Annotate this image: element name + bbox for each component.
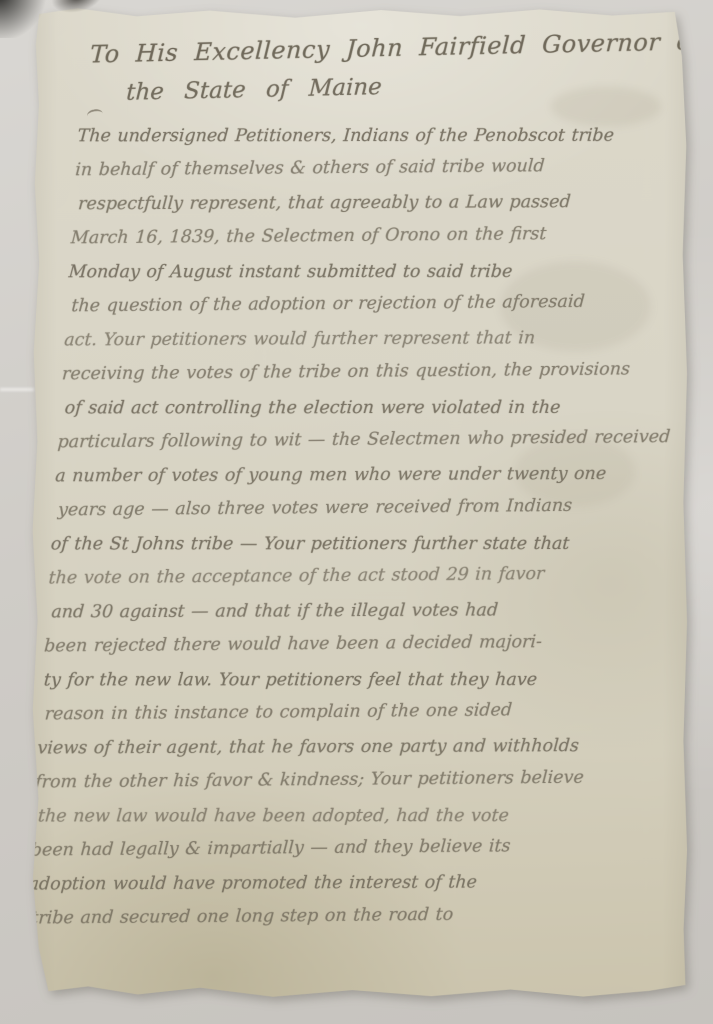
handwritten-line: receiving the votes of the tribe on this… (61, 352, 687, 391)
photo-corner-shadow (0, 0, 54, 38)
petition-salutation: To His Excellency John Fairfield Governo… (88, 28, 683, 107)
handwritten-line: the vote on the acceptance of the act st… (48, 556, 674, 595)
handwritten-line: reason in this instance to complain of t… (44, 692, 665, 731)
handwritten-line: particulars following to wit — the Selec… (56, 420, 682, 459)
handwritten-line: years age — also three votes were receiv… (57, 488, 678, 527)
handwritten-line: from the other his favor & kindness; You… (34, 760, 660, 799)
handwritten-line: tribe and secured one long step on the r… (30, 896, 651, 935)
salutation-line-1: To His Excellency John Fairfield Governo… (89, 28, 682, 69)
photograph-background: To His Excellency John Fairfield Governo… (0, 0, 713, 1024)
manuscript-paper-wrap: To His Excellency John Fairfield Governo… (29, 5, 692, 999)
handwritten-line: been had legally & impartially — and the… (30, 828, 656, 867)
handwritten-line: in behalf of themselves & others of said… (74, 148, 700, 187)
photo-crease (0, 388, 34, 391)
petition-body: The undersigned Petitioners, Indians of … (25, 117, 702, 936)
handwritten-line: March 16, 1839, the Selectmen of Orono o… (70, 216, 696, 255)
manuscript-page: To His Excellency John Fairfield Governo… (29, 5, 692, 999)
handwritten-line: been rejected there would have been a de… (43, 624, 669, 663)
handwritten-line: the question of the adoption or rejectio… (70, 284, 691, 323)
